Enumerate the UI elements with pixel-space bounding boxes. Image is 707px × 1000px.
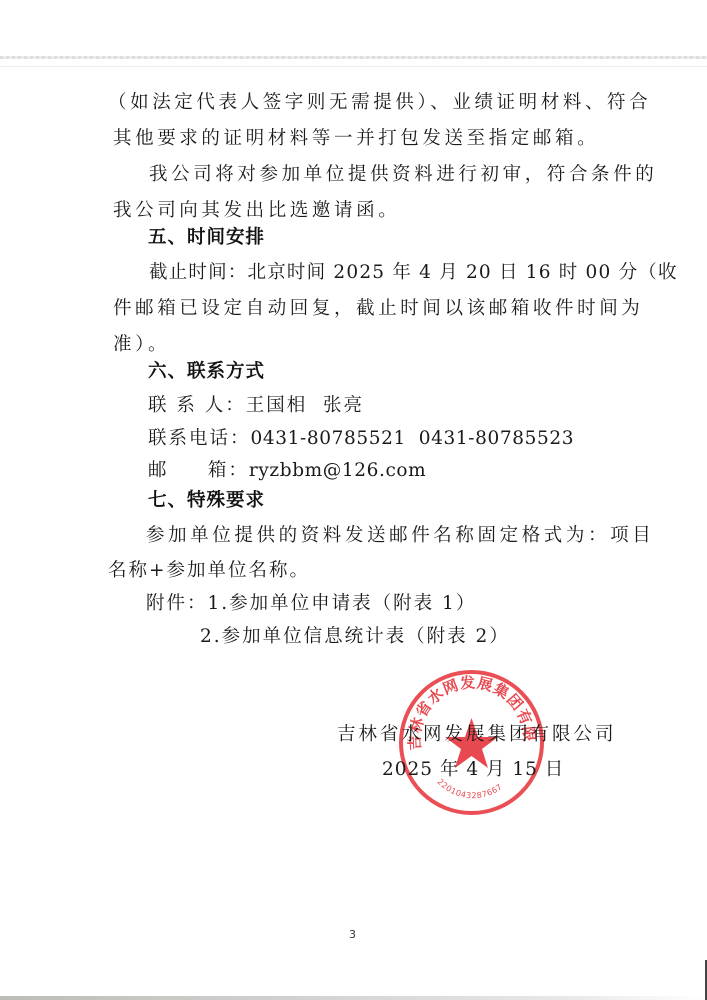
body-line-3: 我公司将对参加单位提供资料进行初审，符合条件的 <box>149 160 619 190</box>
special-line-1: 参加单位提供的资料发送邮件名称固定格式为：项目 <box>146 521 616 551</box>
attachment-item-1: 1.参加单位申请表（附表 1） <box>208 593 477 614</box>
contact-email-label: 邮 箱： <box>148 460 249 481</box>
page-number: 3 <box>349 928 356 941</box>
signature-company: 吉林省水网发展集团有限公司 <box>337 720 617 750</box>
body-line-4: 我公司向其发出比选邀请函。 <box>113 196 583 226</box>
section-heading-time: 五、时间安排 <box>148 223 265 253</box>
contact-person-value: 王国相 张亮 <box>246 395 364 416</box>
section-heading-contact: 六、联系方式 <box>148 357 265 387</box>
contact-phone-row: 联系电话：0431-80785521 0431-80785523 <box>148 424 618 454</box>
body-line-1: （如法定代表人签字则无需提供）、业绩证明材料、符合 <box>108 88 578 118</box>
deadline-line-1: 截止时间：北京时间 2025 年 4 月 20 日 16 时 00 分（收 <box>149 258 619 288</box>
body-line-2: 其他要求的证明材料等一并打包发送至指定邮箱。 <box>113 124 583 154</box>
deadline-line-2: 件邮箱已设定自动回复，截止时间以该邮箱收件时间为 <box>113 294 583 324</box>
document-page: （如法定代表人签字则无需提供）、业绩证明材料、符合 其他要求的证明材料等一并打包… <box>0 0 707 1000</box>
contact-person-row: 联 系 人：王国相 张亮 <box>148 391 618 421</box>
signature-date: 2025 年 4 月 15 日 <box>382 755 564 785</box>
contact-email-value[interactable]: ryzbbm@126.com <box>249 460 426 481</box>
section-heading-special: 七、特殊要求 <box>148 486 265 516</box>
scan-artifact-bottom <box>0 996 707 1000</box>
attachment-label: 附件： <box>146 593 208 614</box>
deadline-line-3: 准）。 <box>113 330 583 360</box>
contact-email-row: 邮 箱：ryzbbm@126.com <box>148 456 618 486</box>
special-line-2: 名称+参加单位名称。 <box>108 556 578 586</box>
contact-phone-value: 0431-80785521 0431-80785523 <box>251 428 575 449</box>
contact-person-label: 联 系 人： <box>148 395 246 416</box>
attachment-item-2: 2.参加单位信息统计表（附表 2） <box>200 622 670 652</box>
contact-phone-label: 联系电话： <box>148 428 251 449</box>
attachment-row-1: 附件：1.参加单位申请表（附表 1） <box>146 589 616 619</box>
